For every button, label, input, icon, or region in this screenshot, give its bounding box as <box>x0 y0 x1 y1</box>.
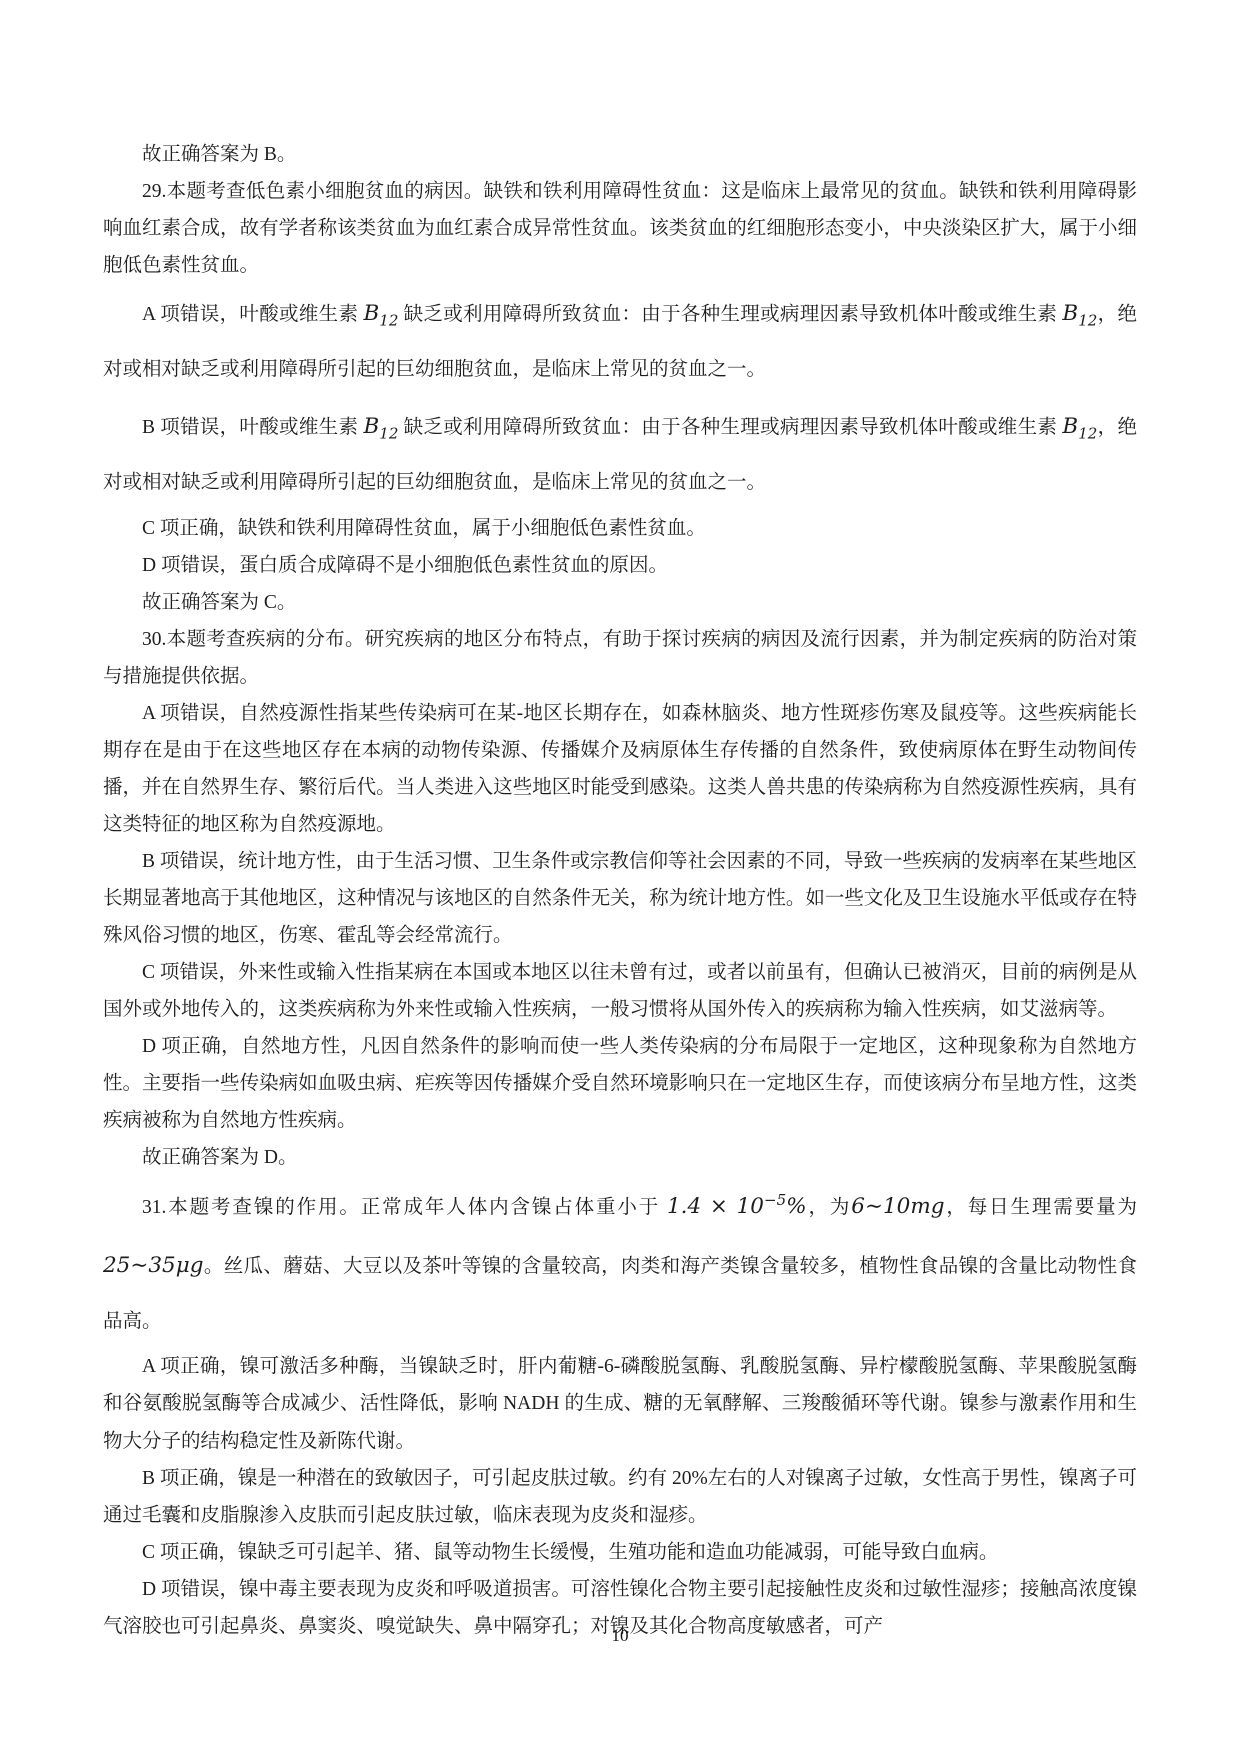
inline-math-formula: B12 <box>1062 301 1097 326</box>
paragraph: A 项错误，叶酸或维生素 B12 缺乏或利用障碍所致贫血：由于各种生理或病理因素… <box>103 284 1137 397</box>
inline-math-formula: 1.4 × 10−5% <box>667 1194 807 1219</box>
inline-math-formula: B12 <box>1062 414 1097 439</box>
inline-math-formula: 25∼35μg <box>103 1253 203 1278</box>
paragraph: 故正确答案为 D。 <box>103 1139 1137 1176</box>
paragraph: 31.本题考查镍的作用。正常成年人体内含镍占体重小于 1.4 × 10−5%，为… <box>103 1177 1137 1349</box>
paragraph: B 项错误，叶酸或维生素 B12 缺乏或利用障碍所致贫血：由于各种生理或病理因素… <box>103 397 1137 510</box>
paragraph: C 项正确，镍缺乏可引起羊、猪、鼠等动物生长缓慢，生殖功能和造血功能减弱，可能导… <box>103 1534 1137 1571</box>
page-number: 10 <box>0 1626 1240 1646</box>
paragraph: 30.本题考查疾病的分布。研究疾病的地区分布特点，有助于探讨疾病的病因及流行因素… <box>103 621 1137 695</box>
inline-math-formula: 6∼10mg <box>851 1194 944 1219</box>
paragraph: 故正确答案为 B。 <box>103 136 1137 173</box>
paragraph: C 项错误，外来性或输入性指某病在本国或本地区以往未曾有过，或者以前虽有，但确认… <box>103 954 1137 1028</box>
paragraph: B 项正确，镍是一种潜在的致敏因子，可引起皮肤过敏。约有 20%左右的人对镍离子… <box>103 1460 1137 1534</box>
page-content: 故正确答案为 B。29.本题考查低色素小细胞贫血的病因。缺铁和铁利用障碍性贫血：… <box>103 136 1137 1645</box>
inline-math-formula: B12 <box>363 414 398 439</box>
paragraph: 29.本题考查低色素小细胞贫血的病因。缺铁和铁利用障碍性贫血：这是临床上最常见的… <box>103 173 1137 284</box>
paragraph: C 项正确，缺铁和铁利用障碍性贫血，属于小细胞低色素性贫血。 <box>103 510 1137 547</box>
paragraph: A 项正确，镍可激活多种酶，当镍缺乏时，肝内葡糖-6-磷酸脱氢酶、乳酸脱氢酶、异… <box>103 1348 1137 1459</box>
document-page: 故正确答案为 B。29.本题考查低色素小细胞贫血的病因。缺铁和铁利用障碍性贫血：… <box>0 0 1240 1754</box>
paragraph: D 项错误，蛋白质合成障碍不是小细胞低色素性贫血的原因。 <box>103 547 1137 584</box>
paragraph: B 项错误，统计地方性，由于生活习惯、卫生条件或宗教信仰等社会因素的不同，导致一… <box>103 843 1137 954</box>
inline-math-formula: B12 <box>363 301 398 326</box>
paragraph: A 项错误，自然疫源性指某些传染病可在某-地区长期存在，如森林脑炎、地方性斑疹伤… <box>103 695 1137 843</box>
paragraph: 故正确答案为 C。 <box>103 584 1137 621</box>
paragraph: D 项正确，自然地方性，凡因自然条件的影响而使一些人类传染病的分布局限于一定地区… <box>103 1028 1137 1139</box>
